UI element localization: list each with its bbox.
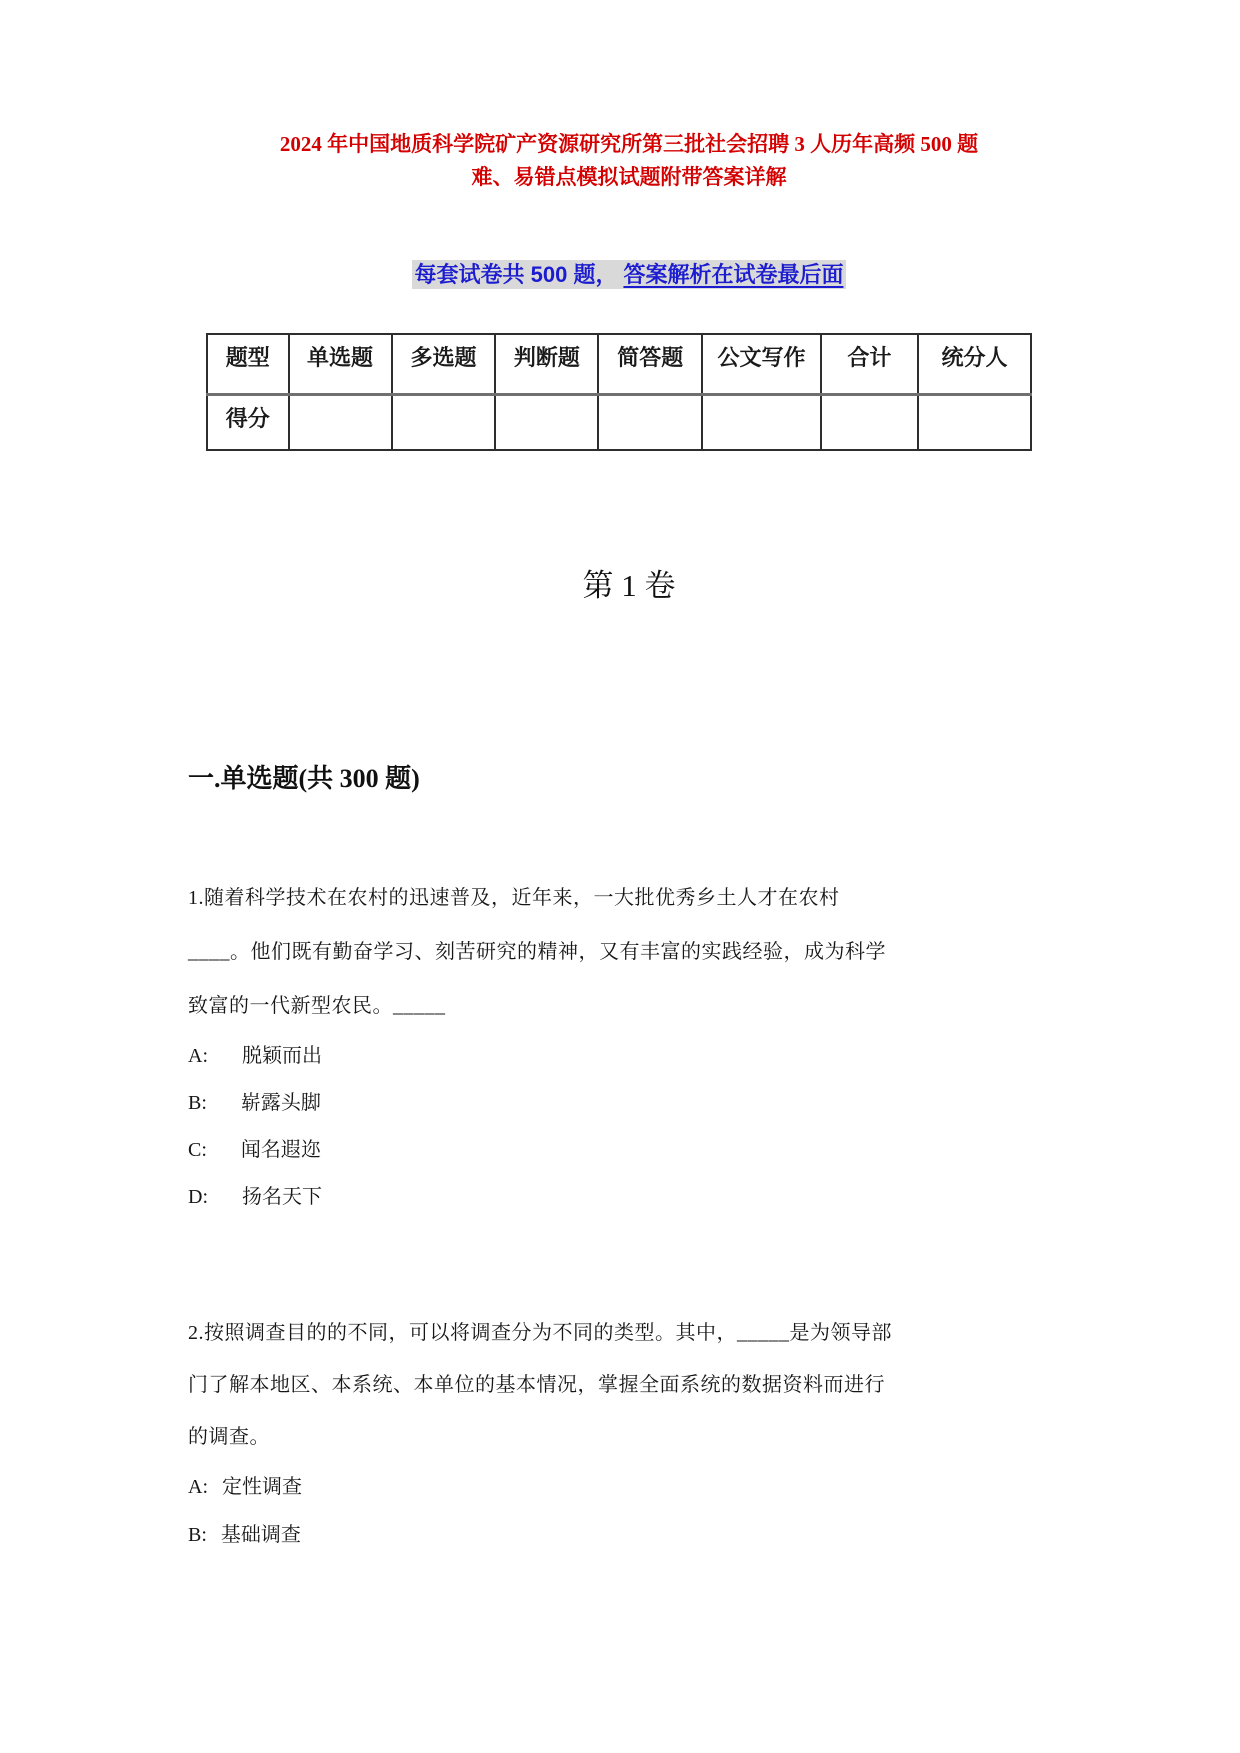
- option-text: 闻名遐迩: [241, 1139, 321, 1161]
- option-label: D:: [188, 1174, 208, 1221]
- score-cell: [392, 395, 496, 451]
- score-cell: [495, 395, 598, 451]
- option-label: B:: [188, 1511, 207, 1559]
- score-cell: [821, 395, 918, 451]
- header-official-writing: 公文写作: [702, 334, 821, 395]
- option-label: B:: [188, 1080, 207, 1127]
- answer-location-link[interactable]: 答案解析在试卷最后面: [620, 260, 846, 289]
- document-title: 2024 年中国地质科学院矿产资源研究所第三批社会招聘 3 人历年高频 500 …: [188, 0, 1070, 194]
- score-table-header-row: 题型 单选题 多选题 判断题 简答题 公文写作 合计 统分人: [207, 334, 1031, 395]
- score-cell: [289, 395, 392, 451]
- question-1-stem-line: 致富的一代新型农民。_____: [188, 979, 1070, 1033]
- score-table: 题型 单选题 多选题 判断题 简答题 公文写作 合计 统分人 得分: [206, 333, 1032, 451]
- question-1-option-a: A:脱颖而出: [188, 1033, 1070, 1080]
- question-1-option-b: B:崭露头脚: [188, 1080, 1070, 1127]
- header-single-choice: 单选题: [289, 334, 392, 395]
- header-score-counter: 统分人: [918, 334, 1031, 395]
- document-title-line1: 2024 年中国地质科学院矿产资源研究所第三批社会招聘 3 人历年高频 500 …: [188, 128, 1070, 161]
- option-label: A:: [188, 1463, 208, 1511]
- score-table-score-row: 得分: [207, 395, 1031, 451]
- question-2-stem-line: 的调查。: [188, 1411, 1070, 1463]
- question-2-stem-line: 2.按照调查目的的不同，可以将调查分为不同的类型。其中，_____是为领导部: [188, 1307, 1070, 1359]
- option-text: 崭露头脚: [241, 1092, 321, 1114]
- option-label: A:: [188, 1033, 208, 1080]
- question-1-option-d: D:扬名天下: [188, 1174, 1070, 1221]
- question-2-stem: 2.按照调查目的的不同，可以将调查分为不同的类型。其中，_____是为领导部 门…: [188, 1307, 1070, 1463]
- header-multi-choice: 多选题: [392, 334, 496, 395]
- volume-title: 第 1 卷: [188, 563, 1070, 609]
- header-true-false: 判断题: [495, 334, 598, 395]
- option-label: C:: [188, 1127, 207, 1174]
- question-1: 1.随着科学技术在农村的迅速普及，近年来，一大批优秀乡土人才在农村 ____。他…: [188, 871, 1070, 1221]
- option-text: 脱颖而出: [242, 1045, 322, 1067]
- option-text: 扬名天下: [242, 1186, 322, 1208]
- subtitle-text: 每套试卷共 500 题，: [412, 260, 621, 289]
- question-2-option-a: A:定性调查: [188, 1463, 1070, 1511]
- question-1-stem-line: ____。他们既有勤奋学习、刻苦研究的精神，又有丰富的实践经验，成为科学: [188, 925, 1070, 979]
- section-title: 一.单选题(共 300 题): [188, 759, 1070, 799]
- question-1-option-c: C:闻名遐迩: [188, 1127, 1070, 1174]
- question-2: 2.按照调查目的的不同，可以将调查分为不同的类型。其中，_____是为领导部 门…: [188, 1307, 1070, 1559]
- exam-subtitle: 每套试卷共 500 题，答案解析在试卷最后面: [188, 258, 1070, 289]
- question-1-options: A:脱颖而出 B:崭露头脚 C:闻名遐迩 D:扬名天下: [188, 1033, 1070, 1221]
- question-1-stem: 1.随着科学技术在农村的迅速普及，近年来，一大批优秀乡土人才在农村 ____。他…: [188, 871, 1070, 1033]
- question-2-option-b: B:基础调查: [188, 1511, 1070, 1559]
- score-cell: [598, 395, 702, 451]
- document-title-line2: 难、易错点模拟试题附带答案详解: [188, 161, 1070, 194]
- question-2-stem-line: 门了解本地区、本系统、本单位的基本情况，掌握全面系统的数据资料而进行: [188, 1359, 1070, 1411]
- option-text: 基础调查: [221, 1524, 301, 1546]
- question-2-options: A:定性调查 B:基础调查: [188, 1463, 1070, 1559]
- question-1-stem-line: 1.随着科学技术在农村的迅速普及，近年来，一大批优秀乡土人才在农村: [188, 871, 1070, 925]
- header-total: 合计: [821, 334, 918, 395]
- option-text: 定性调查: [222, 1476, 302, 1498]
- score-cell: [702, 395, 821, 451]
- header-short-answer: 简答题: [598, 334, 702, 395]
- header-question-type: 题型: [207, 334, 289, 395]
- exam-document-page: 2024 年中国地质科学院矿产资源研究所第三批社会招聘 3 人历年高频 500 …: [0, 0, 1240, 1753]
- score-cell: [918, 395, 1031, 451]
- score-row-label: 得分: [207, 395, 289, 451]
